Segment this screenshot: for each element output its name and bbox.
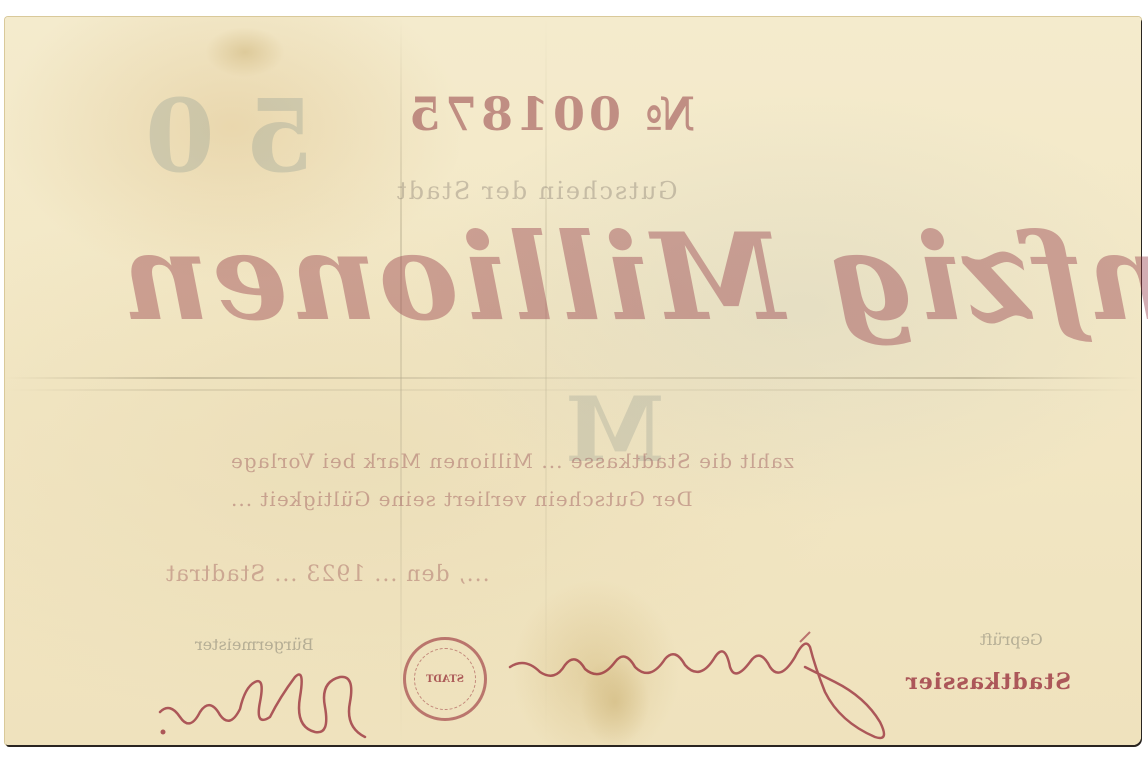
subtitle-text: Gutschein der Stadt [395,177,678,205]
paper-stain [205,27,285,77]
signature-left-icon [155,657,385,747]
right-signatory-top-label: Geprüft [980,630,1043,649]
fold-crease [400,17,402,745]
banknote: 50 № 001875 Gutschein der Stadt Fünfzig … [5,17,1141,745]
place-date-line: ..., den ... 1923 ... Stadtrat [165,562,490,587]
body-line-text: zahlt die Stadtkasse ... Millionen Mark … [230,449,794,473]
body-line-text: Der Gutschein verliert seine Gültigkeit … [230,487,693,511]
left-label-text: Bürgermeister [195,635,314,654]
body-line: Der Gutschein verliert seine Gültigkeit … [230,487,693,511]
right-top-label-text: Geprüft [980,630,1043,649]
office-label: Stadtkassier [905,669,1071,695]
subtitle: Gutschein der Stadt [395,177,678,205]
left-signatory-label: Bürgermeister [195,635,314,654]
serial-number: № 001875 [405,87,695,141]
title-text: Fünfzig Millionen [120,207,1148,348]
denomination-numeral: 50 [115,77,314,195]
denomination-text: 50 [115,77,314,195]
serial-text: № 001875 [405,87,695,141]
office-label-text: Stadtkassier [905,669,1071,695]
signature-middle-icon [505,627,905,747]
place-date-text: ..., den ... 1923 ... Stadtrat [165,562,490,587]
seal-crest-icon: STADT [414,648,476,710]
city-seal-stamp: STADT [403,637,487,721]
seal-text: STADT [426,674,464,685]
title: Fünfzig Millionen [120,207,1148,348]
body-line: zahlt die Stadtkasse ... Millionen Mark … [230,449,794,473]
